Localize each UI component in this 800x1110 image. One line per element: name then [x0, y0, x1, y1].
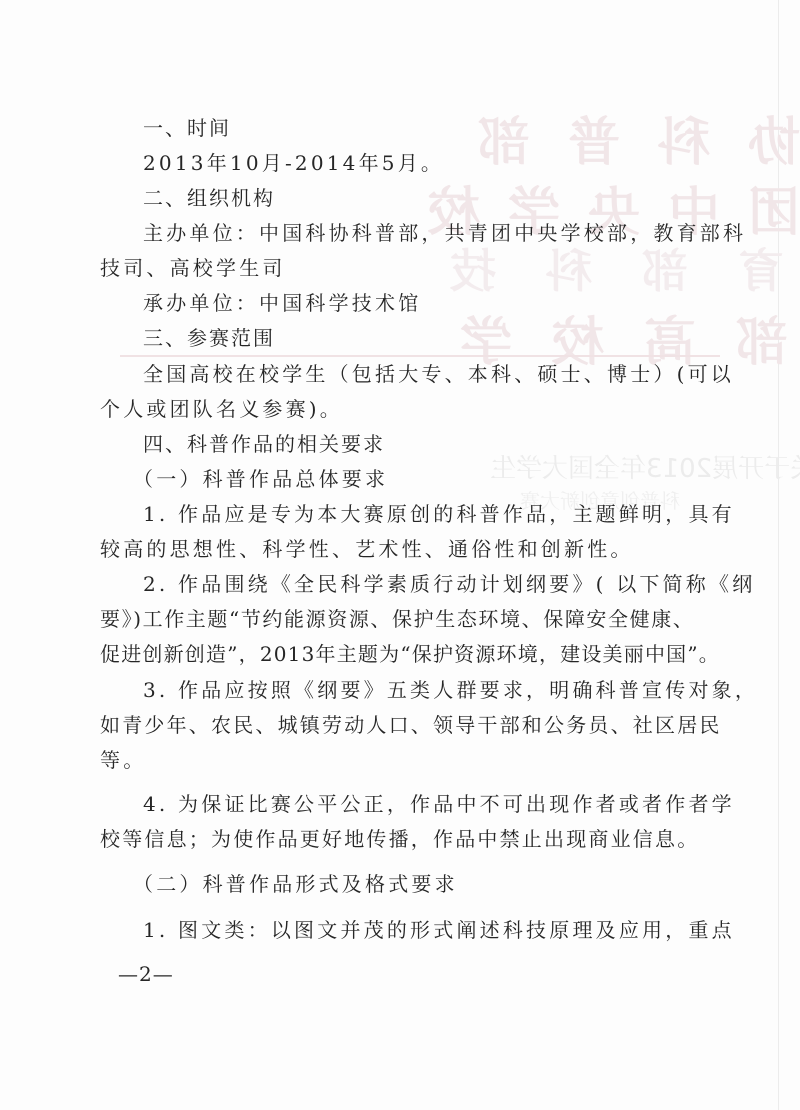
- section-heading-organization: 二、组织机构: [143, 185, 275, 211]
- subsection-heading-format: （二）科普作品形式及格式要求: [133, 871, 458, 897]
- bleed-through-text: 中国科协科普部: [440, 100, 800, 175]
- paragraph-line: 主办单位：中国科协科普部，共青团中央学校部，教育部科: [143, 220, 746, 246]
- page-edge: [778, 0, 779, 1110]
- paragraph-line: 要》)工作主题“节约能源资源、保护生态环境、保障安全健康、: [100, 606, 694, 632]
- paragraph-line: 4. 为保证比赛公平公正，作品中不可出现作者或者作者学: [143, 791, 735, 817]
- paragraph-line: 个人或团队名义参赛)。: [100, 396, 343, 422]
- paragraph-line: 如青少年、农民、城镇劳动人口、领导干部和公务员、社区居民: [100, 712, 722, 738]
- subsection-heading-general: （一）科普作品总体要求: [133, 466, 388, 492]
- paragraph-line: 较高的思想性、科学性、艺术性、通俗性和创新性。: [100, 536, 634, 562]
- bleed-through-text: 关于开展2013年全国大学生: [490, 448, 800, 485]
- bleed-through-rule: [120, 355, 720, 357]
- paragraph-line: 等。: [100, 747, 146, 773]
- section-heading-scope: 三、参赛范围: [143, 325, 275, 351]
- paragraph-line: 1. 作品应是专为本大赛原创的科普作品，主题鲜明，具有: [143, 501, 735, 527]
- paragraph-line: 1. 图文类：以图文并茂的形式阐述科技原理及应用，重点: [143, 917, 735, 943]
- document-page: 中国科协科普部 共青团中央学校 教育部科技 教育部高校学 关于开展2013年全国…: [0, 0, 800, 1110]
- paragraph-line: 3. 作品应按照《纲要》五类人群要求，明确科普宣传对象，: [143, 677, 758, 703]
- paragraph-line: 全国高校在校学生（包括大专、本科、硕士、博士）(可以: [143, 361, 734, 387]
- paragraph-line: 承办单位：中国科学技术馆: [143, 290, 421, 316]
- section-heading-requirements: 四、科普作品的相关要求: [143, 431, 385, 457]
- paragraph-line: 2. 作品围绕《全民科学素质行动计划纲要》( 以下简称《纲: [143, 571, 755, 597]
- section-heading-time: 一、时间: [143, 115, 231, 141]
- page-number: —2—: [118, 962, 174, 986]
- paragraph-line: 技司、高校学生司: [100, 255, 286, 281]
- paragraph-line: 校等信息；为使作品更好地传播，作品中禁止出现商业信息。: [100, 826, 699, 852]
- paragraph-line: 2013年10月-2014年5月。: [143, 150, 444, 176]
- paragraph-line: 促进创新创造”，2013年主题为“保护资源环境，建设美丽中国”。: [100, 641, 720, 667]
